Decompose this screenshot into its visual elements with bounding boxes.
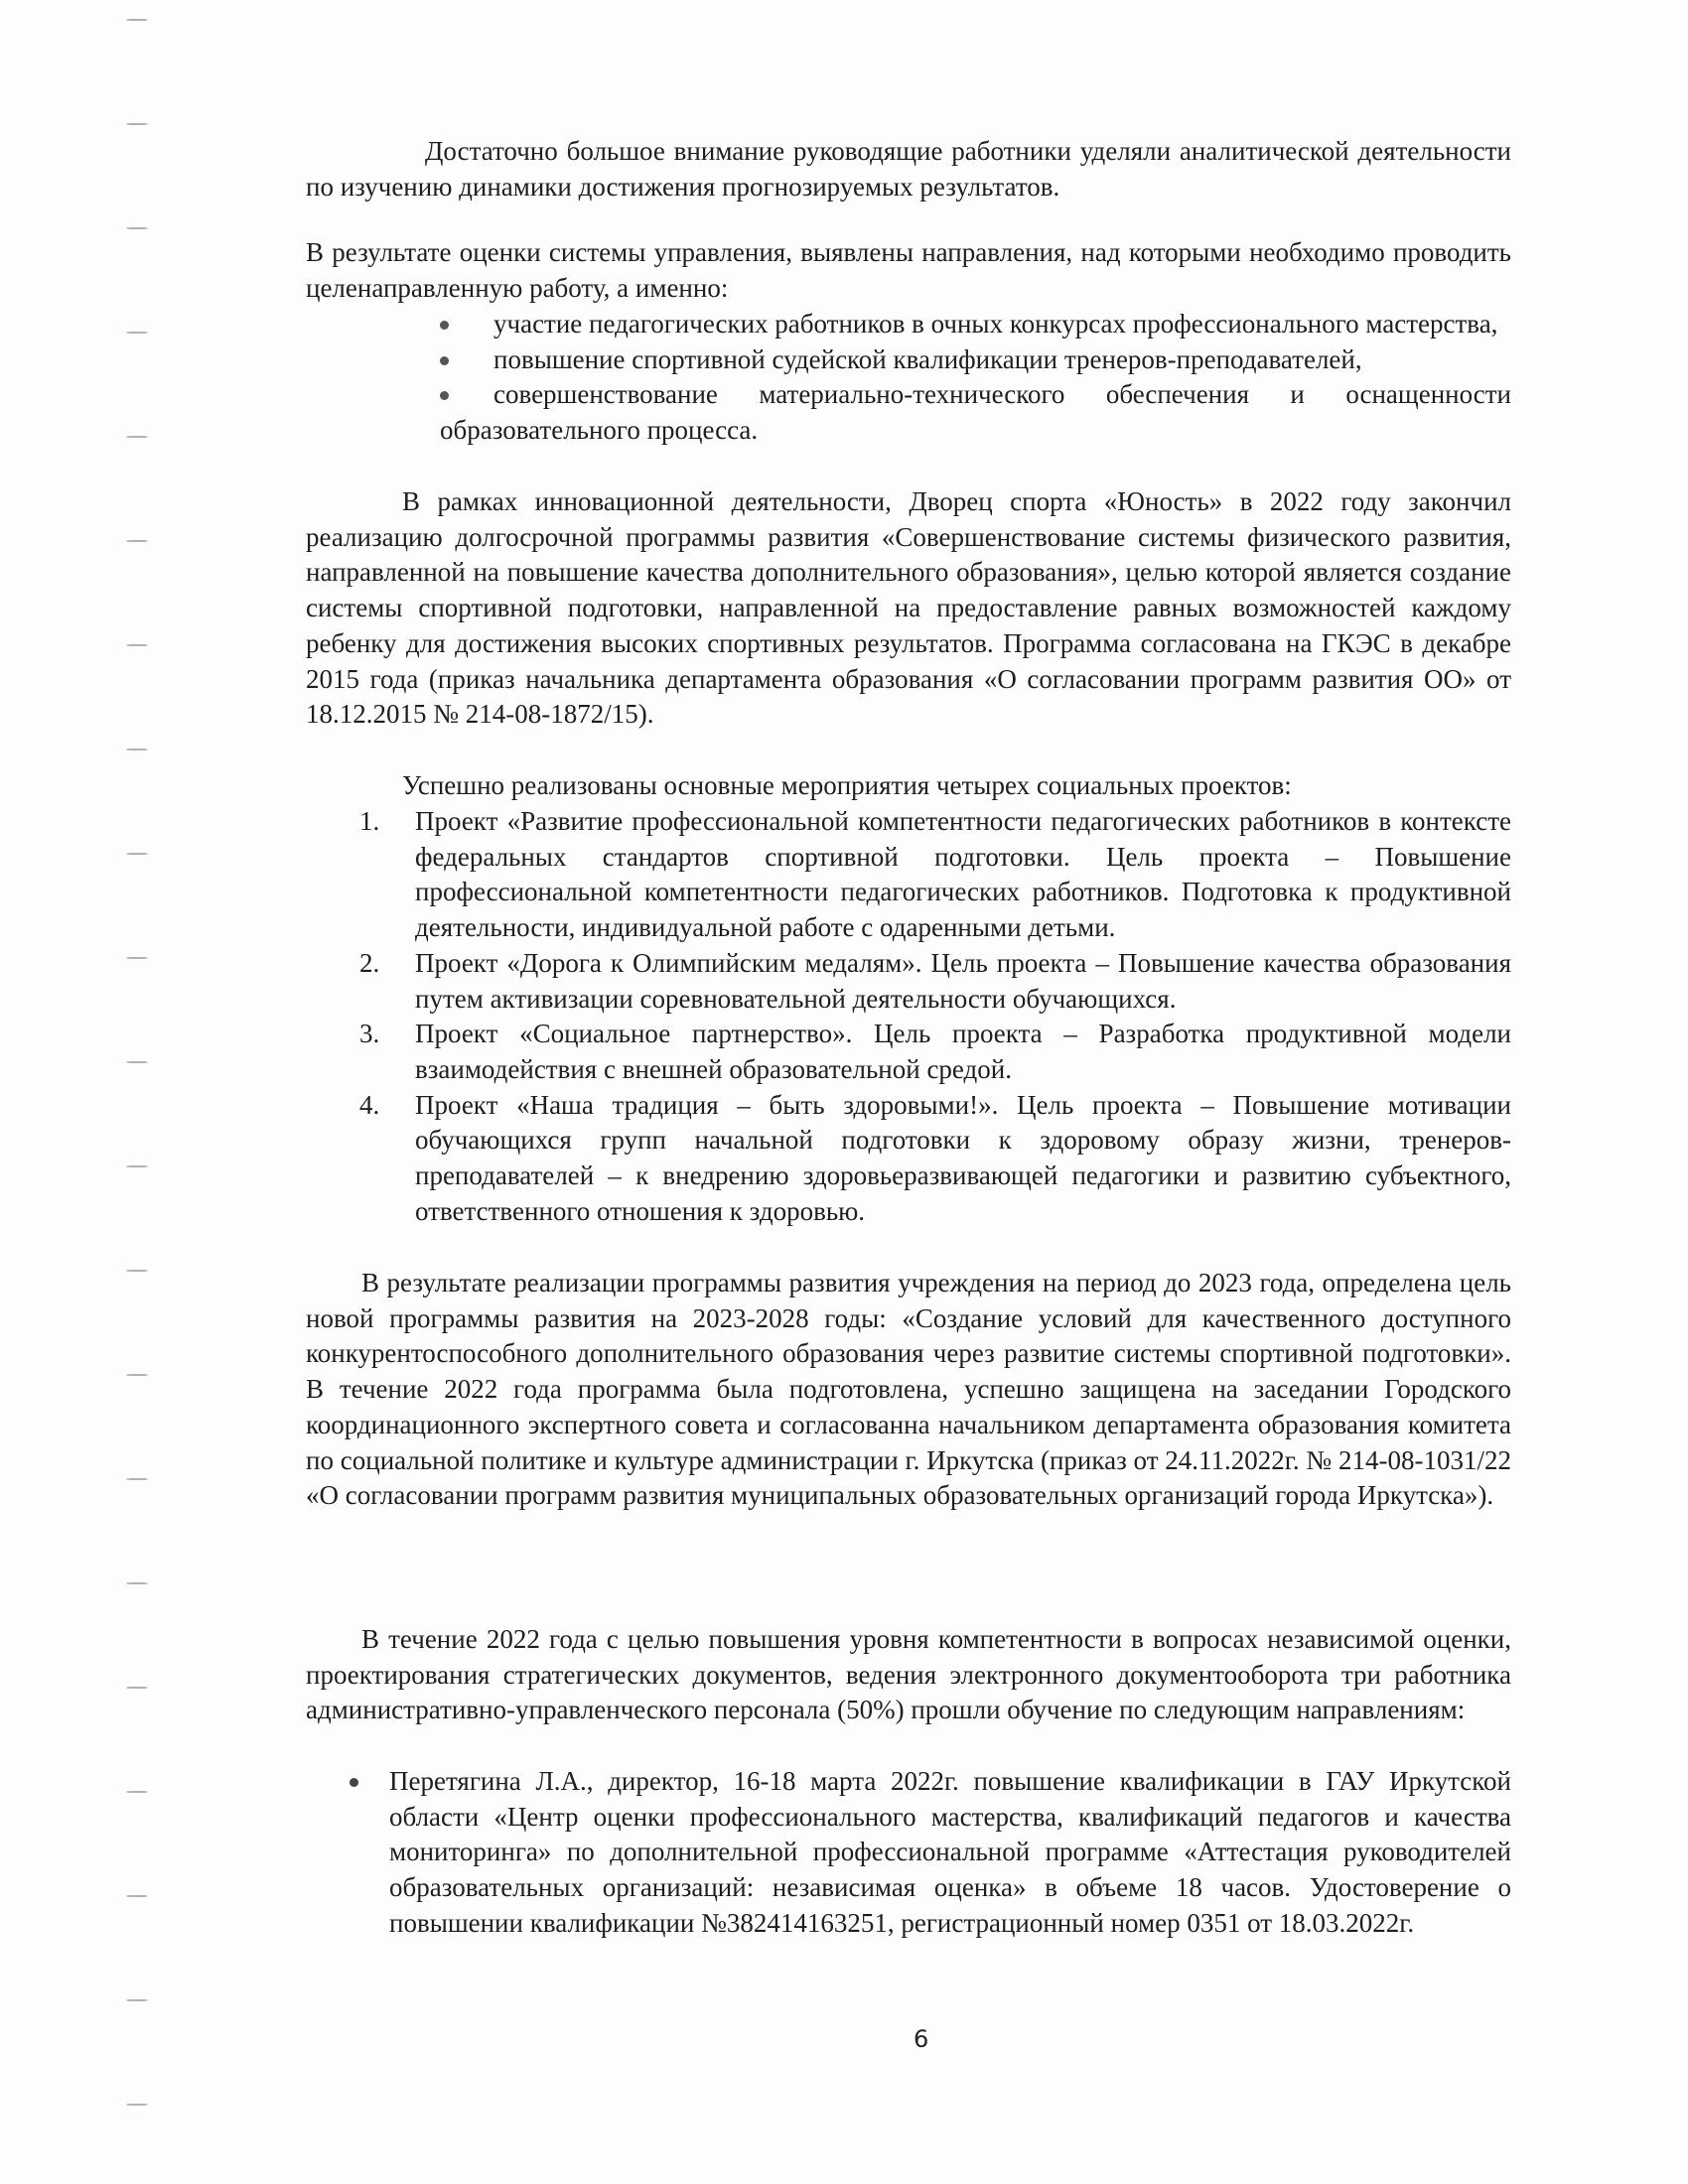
binder-mark [126, 123, 148, 125]
binder-mark [126, 540, 148, 542]
list-item: совершенствование материально-техническо… [440, 377, 1511, 448]
binder-mark [126, 1791, 148, 1793]
binder-mark [126, 1165, 148, 1167]
binder-mark [126, 1374, 148, 1376]
binder-mark [126, 227, 148, 229]
paragraph-text: Успешно реализованы основные мероприятия… [306, 768, 1511, 804]
list-number: 3. [359, 1017, 379, 1052]
paragraph-innovation: В рамках инновационной деятельности, Дво… [306, 484, 1511, 733]
list-item: Перетягина Л.А., директор, 16-18 марта 2… [350, 1764, 1511, 1942]
binder-mark [126, 1895, 148, 1897]
list-item: 4. Проект «Наша традиция – быть здоровым… [359, 1088, 1511, 1230]
binder-mark [126, 1687, 148, 1689]
paragraph-text: В результате оценки системы управления, … [306, 235, 1511, 306]
list-item-text: Перетягина Л.А., директор, 16-18 марта 2… [389, 1766, 1511, 1938]
binder-mark [126, 19, 148, 21]
paragraph-projects-intro: Успешно реализованы основные мероприятия… [306, 768, 1511, 804]
list-item: 1. Проект «Развитие профессиональной ком… [359, 804, 1511, 946]
training-list: Перетягина Л.А., директор, 16-18 марта 2… [350, 1764, 1511, 1942]
list-item-text: Проект «Социальное партнерство». Цель пр… [415, 1019, 1511, 1084]
binder-mark [126, 1582, 148, 1584]
list-item-text: Проект «Наша традиция – быть здоровыми!»… [415, 1090, 1511, 1226]
paragraph-text: В рамках инновационной деятельности, Дво… [306, 484, 1511, 733]
paragraph-analytics: Достаточно большое внимание руководящие … [306, 134, 1511, 205]
binder-mark [126, 1478, 148, 1480]
paragraph-text: В течение 2022 года с целью повышения ур… [306, 1622, 1511, 1728]
binder-mark [126, 1999, 148, 2001]
binder-mark [126, 749, 148, 751]
list-item: участие педагогических работников в очны… [440, 307, 1511, 342]
binder-mark [126, 1061, 148, 1063]
directions-list: участие педагогических работников в очны… [440, 307, 1511, 449]
paragraph-new-program: В результате реализации программы развит… [306, 1266, 1511, 1514]
binder-mark [126, 1270, 148, 1272]
binder-mark [126, 436, 148, 438]
bullet-icon [350, 1778, 358, 1787]
list-item: 3. Проект «Социальное партнерство». Цель… [359, 1017, 1511, 1087]
binder-mark [126, 332, 148, 334]
list-number: 4. [359, 1088, 379, 1124]
paragraph-assessment: В результате оценки системы управления, … [306, 235, 1511, 306]
binder-mark [126, 853, 148, 855]
projects-list: 1. Проект «Развитие профессиональной ком… [359, 804, 1511, 1229]
page-number: 6 [914, 2025, 928, 2053]
list-item: 2. Проект «Дорога к Олимпийским медалям»… [359, 946, 1511, 1017]
binder-mark [126, 644, 148, 646]
list-number: 2. [359, 946, 379, 982]
binder-mark [126, 957, 148, 959]
paragraph-text: В результате реализации программы развит… [306, 1266, 1511, 1514]
binder-mark [126, 2104, 148, 2106]
paragraph-text: Достаточно большое внимание руководящие … [306, 134, 1511, 205]
list-item-text: Проект «Развитие профессиональной компет… [415, 806, 1511, 942]
paragraph-training-intro: В течение 2022 года с целью повышения ур… [306, 1622, 1511, 1728]
list-number: 1. [359, 804, 379, 840]
scanned-page: Достаточно большое внимание руководящие … [0, 0, 1688, 2184]
list-item-text: Проект «Дорога к Олимпийским медалям». Ц… [415, 948, 1511, 1014]
list-item: повышение спортивной судейской квалифика… [440, 342, 1511, 378]
